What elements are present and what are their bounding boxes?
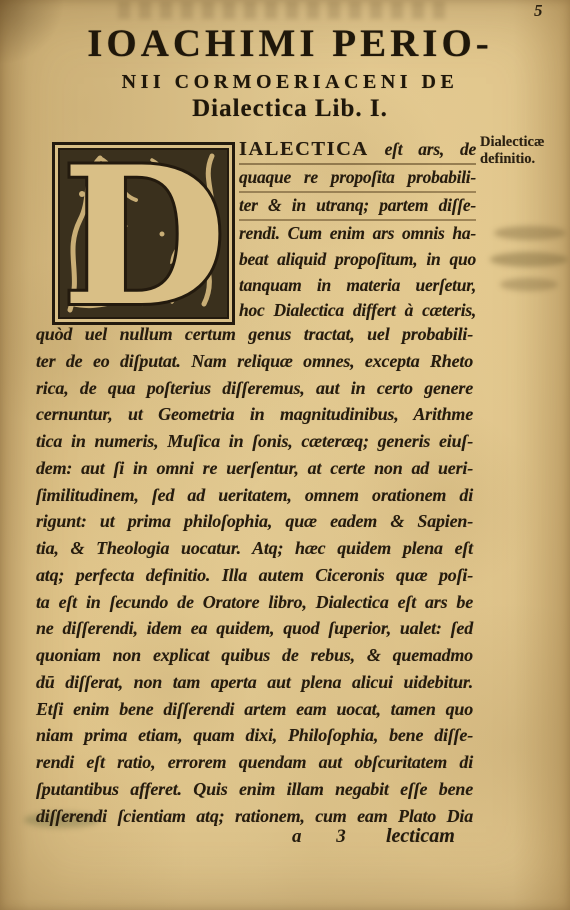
- signature-mark: a 3: [292, 826, 361, 848]
- body-text-line: rendi. Cum enim ars omnis ha-: [239, 221, 476, 247]
- body-text-line: ta eſt in ſecundo de Oratore libro, Dial…: [36, 589, 473, 616]
- body-text-line: niam prima etiam, quam dixi, Philoſophia…: [36, 722, 473, 749]
- body-text-line: dem: aut ſi in omni re uerſentur, at cer…: [36, 455, 473, 482]
- margin-note-line-1: Dialecticæ: [480, 134, 570, 151]
- margin-note-line-2: definitio.: [480, 151, 570, 168]
- body-text-line: ter de eo diſputat. Nam reliquæ omnes, e…: [36, 348, 473, 375]
- body-text-line: atq; perfecta definitio. Illa autem Cice…: [36, 562, 473, 589]
- body-text-line: dū diſſerat, non tam aperta aut plena al…: [36, 669, 473, 696]
- body-text-line: tica in numeris, Muſica in ſonis, cæteræ…: [36, 428, 473, 455]
- title-line-2: NII CORMOERIACENI DE: [48, 70, 532, 94]
- body-opening-column: IALECTICA eſt ars, de quaque re propoſit…: [239, 137, 476, 324]
- body-text-line: quoniam non explicat quibus de rebus, & …: [36, 642, 473, 669]
- body-opening-rest: eſt ars, de: [369, 139, 476, 159]
- bleedthrough-smudge-top: [118, 1, 448, 19]
- bleedthrough-smudge-right: [490, 252, 568, 267]
- title-line-1: IOACHIMI PERIO-: [48, 22, 532, 66]
- title-line-3: Dialectica Lib. I.: [48, 95, 532, 122]
- body-text-line: beat aliquid propoſitum, in quo: [239, 247, 476, 273]
- body-text-line: ſimilitudinem, ſed ad ueritatem, omnem o…: [36, 482, 473, 509]
- body-main-column: quòd uel nullum certum genus tractat, ue…: [36, 321, 473, 829]
- body-text-line: cernuntur, ut Geometria in magnitudinibu…: [36, 401, 473, 428]
- body-text-line: quaque re propoſita probabili-: [239, 165, 476, 193]
- bleedthrough-smudge-right: [500, 278, 558, 291]
- body-text-line: ſputantibus afferet. Quis enim illam neg…: [36, 776, 473, 803]
- body-opening-caps: IALECTICA: [239, 138, 369, 160]
- margin-note: Dialecticæ definitio.: [480, 134, 570, 168]
- woodcut-initial-block: D: [52, 142, 235, 325]
- body-text-line: quòd uel nullum certum genus tractat, ue…: [36, 321, 473, 348]
- book-page: 5 IOACHIMI PERIO- NII CORMOERIACENI DE D…: [0, 0, 570, 910]
- catchword: lecticam: [386, 825, 455, 848]
- drop-cap-letter: D: [62, 142, 227, 325]
- body-text-line: rica, de qua poſterius diſſeremus, aut i…: [36, 375, 473, 402]
- body-opening-line: IALECTICA eſt ars, de: [239, 137, 476, 165]
- page-number: 5: [534, 1, 543, 21]
- body-text-line: ne diſſerendi, idem ea quidem, quod ſupe…: [36, 615, 473, 642]
- body-text-line: Etſi enim bene diſſerendi artem eam uoca…: [36, 696, 473, 723]
- body-text-line: rigunt: ut prima philoſophia, quæ eadem …: [36, 508, 473, 535]
- bleedthrough-smudge-right: [494, 226, 566, 240]
- body-text-line: tia, & Theologia uocatur. Atq; hæc quide…: [36, 535, 473, 562]
- body-text-line: ter & in utranq; partem diſſe-: [239, 193, 476, 221]
- woodcut-initial-frame: D: [52, 142, 235, 325]
- title-block: IOACHIMI PERIO- NII CORMOERIACENI DE Dia…: [48, 22, 532, 122]
- body-text-line: tanquam in materia uerſetur,: [239, 273, 476, 299]
- body-text-line: rendi eſt ratio, errorem quendam aut obſ…: [36, 749, 473, 776]
